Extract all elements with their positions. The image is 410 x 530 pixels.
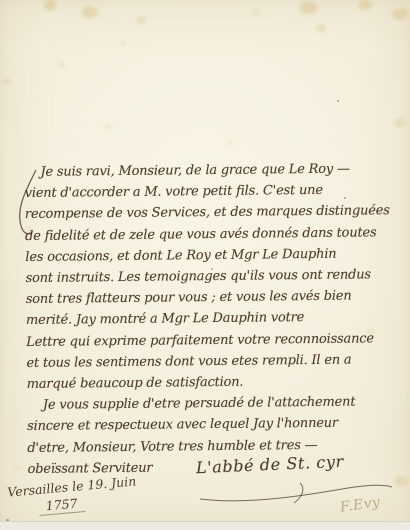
foxing-spot	[300, 2, 318, 14]
foxing-spot	[394, 476, 408, 486]
foxing-spot	[14, 466, 21, 471]
letter-line: et tous les sentimens dont vous etes rem…	[26, 349, 404, 374]
dateline: Versailles le 19. Juin 1757	[7, 473, 139, 518]
letter-line: sont tres flatteurs pour vous ; et vous …	[26, 285, 404, 310]
foxing-spot	[394, 118, 406, 127]
foxing-spot	[44, 0, 56, 11]
foxing-spot	[226, 140, 233, 145]
foxing-spot	[252, 10, 260, 16]
letter-page: Je suis ravi, Monsieur, de la grace que …	[0, 0, 410, 530]
letter-text: Je suis ravi, Monsieur, de la grace que …	[24, 158, 405, 480]
foxing-spot	[136, 16, 146, 24]
letter-line: Je suis ravi, Monsieur, de la grace que …	[24, 158, 402, 183]
foxing-spot	[316, 24, 326, 32]
foxing-spot	[2, 78, 11, 85]
foxing-spot	[392, 8, 408, 20]
date-year: 1757	[38, 495, 85, 516]
foxing-spot	[82, 6, 98, 18]
paper-bottom-edge	[0, 521, 410, 530]
letter-line: Je vous supplie d'etre persuadé de l'att…	[27, 391, 405, 416]
foxing-spot	[120, 40, 126, 45]
foxing-spot	[58, 62, 65, 68]
ink-speck	[337, 100, 339, 102]
letter-line: de fidelité et de zele que vous avés don…	[25, 222, 403, 247]
foxing-spot	[104, 124, 112, 130]
foxing-spot	[358, 0, 372, 10]
